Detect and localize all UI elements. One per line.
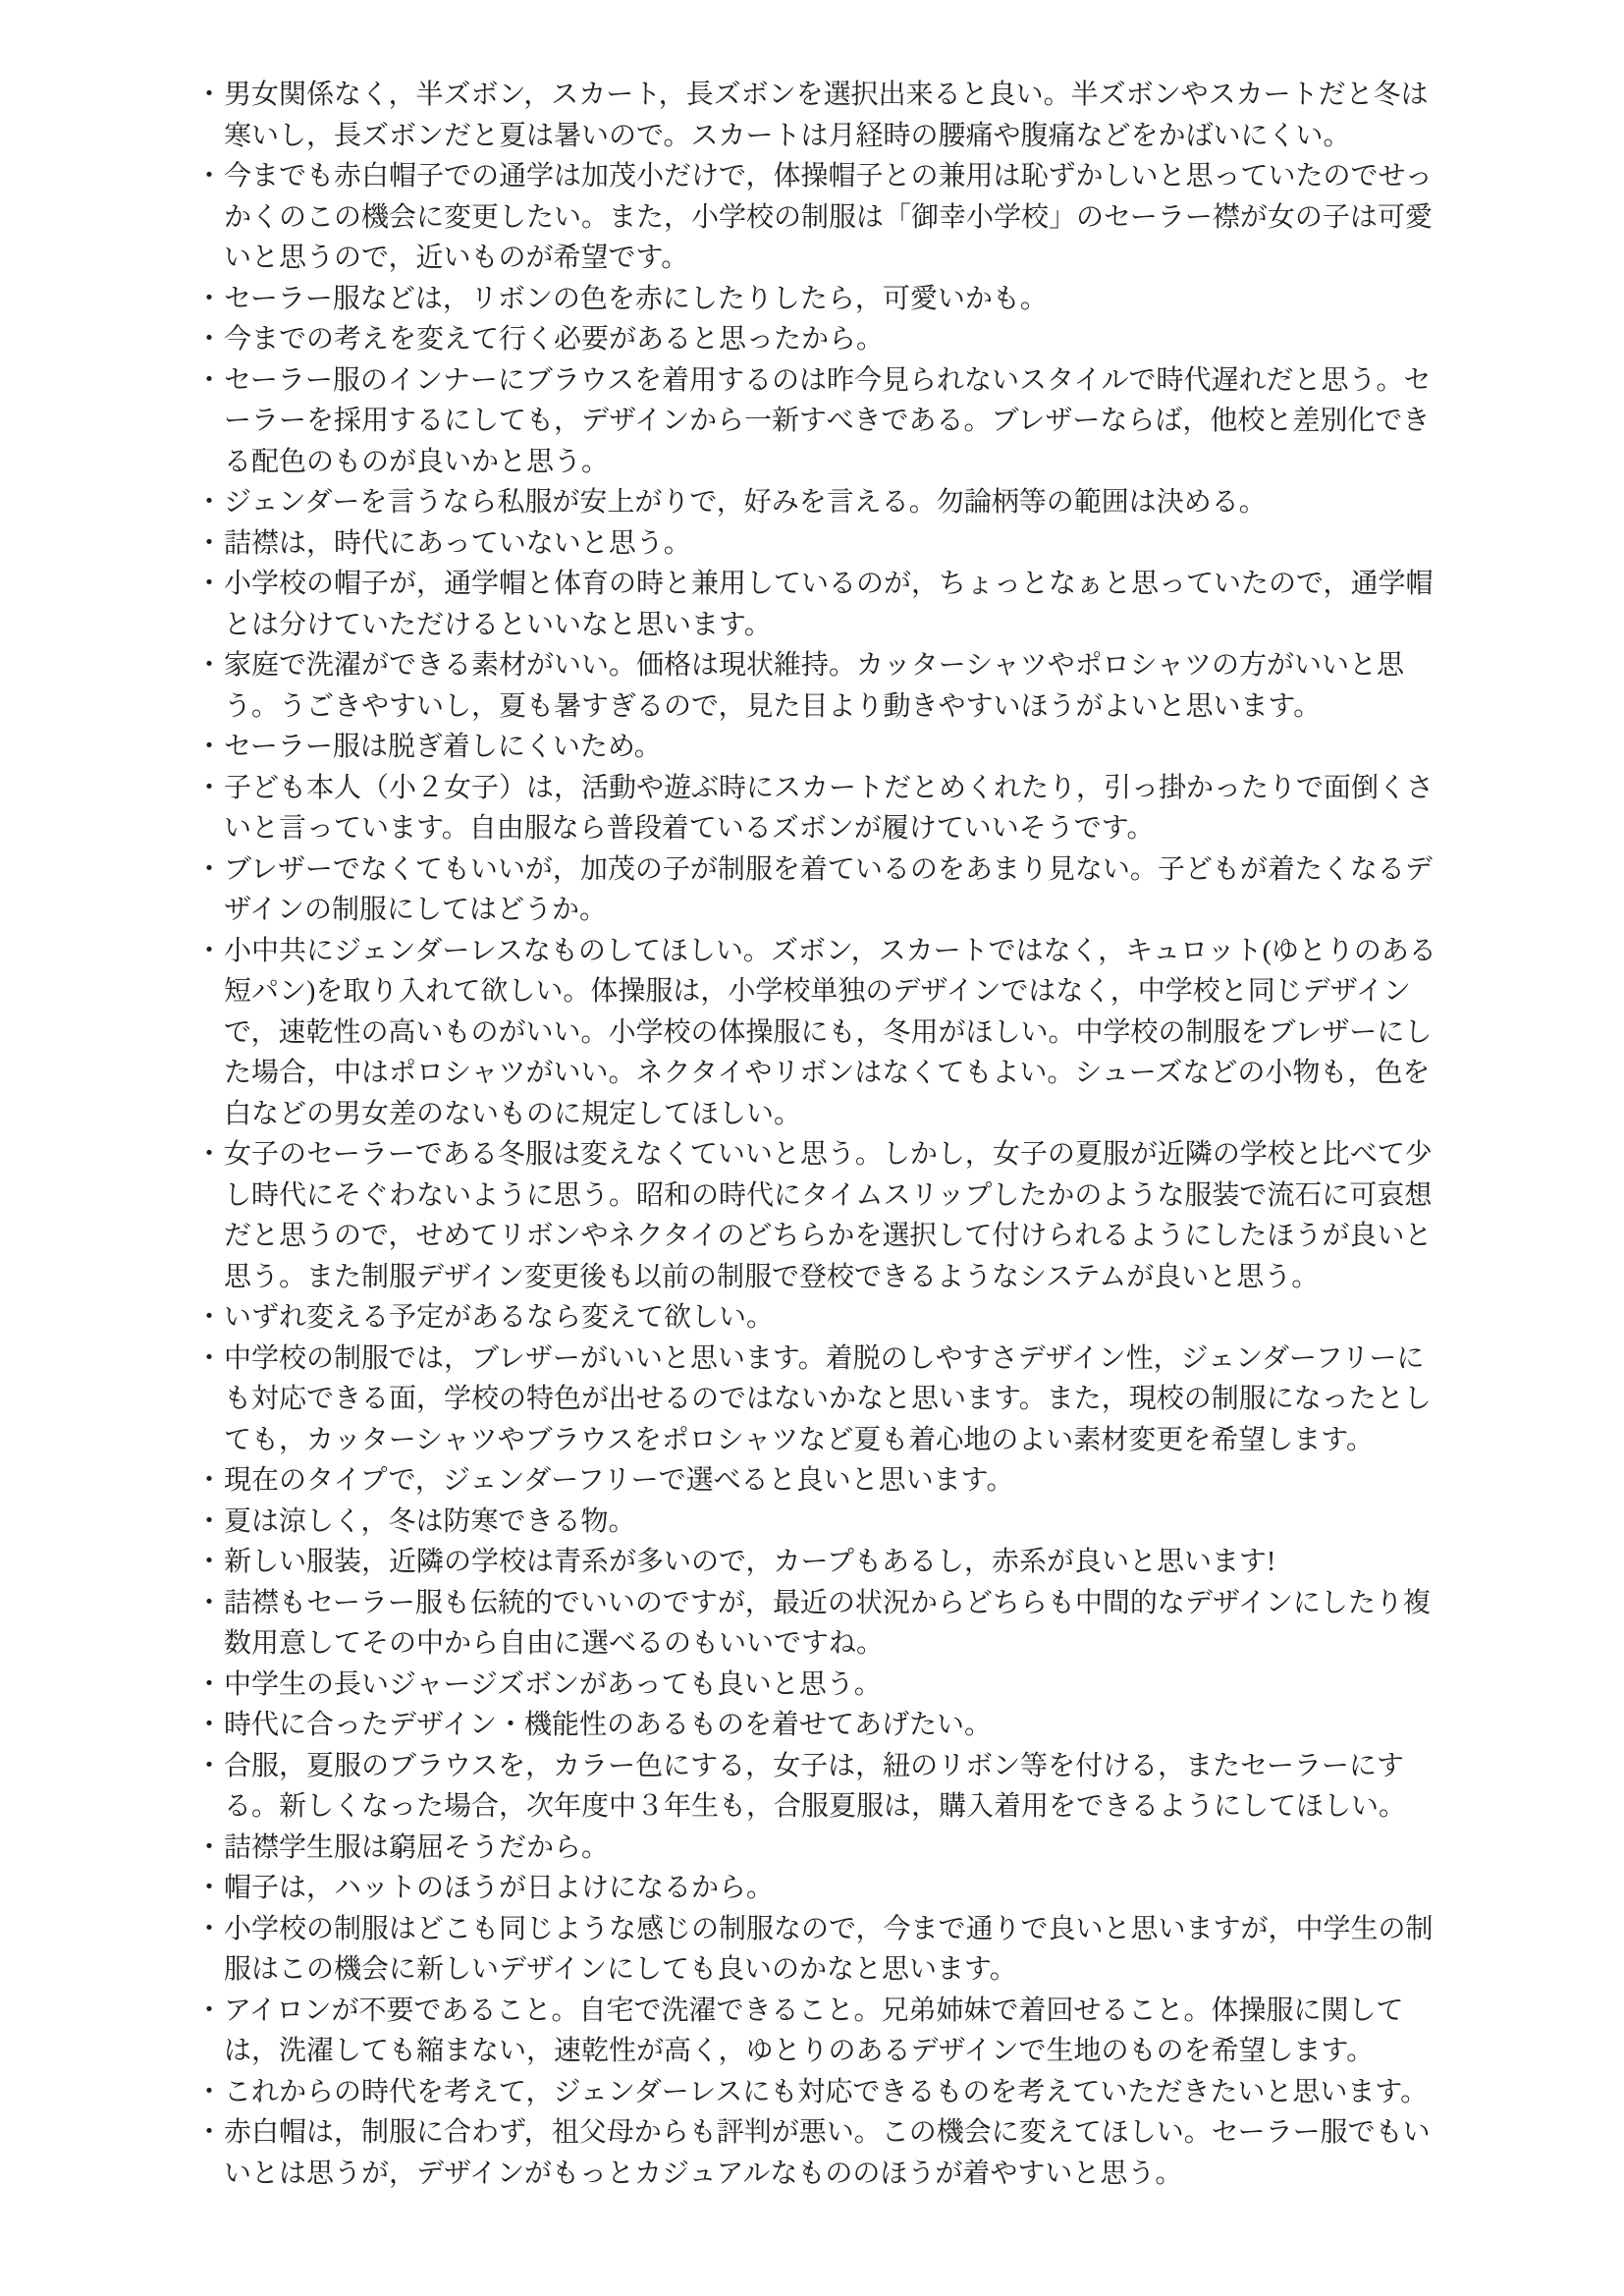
bullet-marker: ・ [195, 849, 223, 891]
list-item-text: セーラー服は脱ぎ着しにくいため。 [224, 732, 662, 762]
list-item: ・家庭で洗濯ができる素材がいい。価格は現状維持。カッターシャツやポロシャツの方が… [224, 645, 1437, 727]
bullet-marker: ・ [195, 75, 223, 116]
list-item-text: 夏は涼しく，冬は防寒できる物。 [224, 1506, 635, 1537]
list-item-text: セーラー服のインナーにブラウスを着用するのは昨今見られないスタイルで時代遅れだと… [224, 365, 1432, 477]
bullet-marker: ・ [195, 2072, 223, 2113]
document-page: ・男女関係なく，半ズボン，スカート，長ズボンを選択出来ると良い。半ズボンやスカー… [0, 0, 1624, 2296]
list-item-text: アイロンが不要であること。自宅で洗濯できること。兄弟姉妹で着回せること。体操服に… [224, 1995, 1404, 2067]
list-item-text: 詰襟学生服は窮屈そうだから。 [224, 1832, 609, 1863]
bullet-marker: ・ [195, 1134, 223, 1175]
list-item-text: ジェンダーを言うなら私服が安上がりで，好みを言える。勿論柄等の範囲は決める。 [224, 487, 1267, 518]
list-item: ・今までの考えを変えて行く必要があると思ったから。 [224, 319, 1437, 360]
list-item-text: 中学校の制服では，ブレザーがいいと思います。着脱のしやすさデザイン性，ジェンダー… [224, 1343, 1432, 1455]
list-item: ・セーラー服などは，リボンの色を赤にしたりしたら，可愛いかも。 [224, 279, 1437, 320]
list-item: ・小中共にジェンダーレスなものしてほしい。ズボン，スカートではなく，キュロット(… [224, 931, 1437, 1135]
bullet-marker: ・ [195, 768, 223, 809]
list-item: ・時代に合ったデザイン・機能性のあるものを着せてあげたい。 [224, 1705, 1437, 1746]
list-item-text: 今までも赤白帽子での通学は加茂小だけで，体操帽子との兼用は恥ずかしいと思っていた… [224, 161, 1433, 273]
bullet-marker: ・ [195, 1542, 223, 1583]
list-item: ・セーラー服のインナーにブラウスを着用するのは昨今見られないスタイルで時代遅れだ… [224, 360, 1437, 483]
list-item: ・中学生の長いジャージズボンがあっても良いと思う。 [224, 1665, 1437, 1706]
list-item-text: 現在のタイプで，ジェンダーフリーで選べると良いと思います。 [224, 1465, 1013, 1496]
list-item-text: 小中共にジェンダーレスなものしてほしい。ズボン，スカートではなく，キュロット(ゆ… [224, 936, 1436, 1129]
bullet-marker: ・ [195, 1909, 223, 1950]
bullet-marker: ・ [195, 1460, 223, 1502]
list-item-text: 時代に合ったデザイン・機能性のあるものを着せてあげたい。 [224, 1710, 992, 1740]
bullet-marker: ・ [195, 1868, 223, 1909]
list-item-text: 女子のセーラーである冬服は変えなくていいと思う。しかし，女子の夏服が近隣の学校と… [224, 1139, 1433, 1292]
list-item: ・ジェンダーを言うなら私服が安上がりで，好みを言える。勿論柄等の範囲は決める。 [224, 482, 1437, 523]
list-item-text: 詰襟は，時代にあっていないと思う。 [224, 528, 691, 559]
list-item-text: ブレザーでなくてもいいが，加茂の子が制服を着ているのをあまり見ない。子どもが着た… [224, 854, 1433, 926]
bullet-marker: ・ [195, 564, 223, 605]
list-item: ・現在のタイプで，ジェンダーフリーで選べると良いと思います。 [224, 1460, 1437, 1502]
bullet-marker: ・ [195, 2112, 223, 2154]
bullet-marker: ・ [195, 360, 223, 402]
list-item: ・セーラー服は脱ぎ着しにくいため。 [224, 727, 1437, 768]
list-item-text: これからの時代を考えて，ジェンダーレスにも対応できるものを考えていただきたいと思… [224, 2077, 1428, 2107]
bullet-marker: ・ [195, 319, 223, 360]
list-item-text: 子ども本人（小２女子）は，活動や遊ぶ時にスカートだとめくれたり，引っ掛かったりで… [224, 773, 1434, 845]
bullet-marker: ・ [195, 156, 223, 197]
list-item: ・いずれ変える予定があるなら変えて欲しい。 [224, 1297, 1437, 1339]
list-item: ・今までも赤白帽子での通学は加茂小だけで，体操帽子との兼用は恥ずかしいと思ってい… [224, 156, 1437, 279]
list-item: ・ブレザーでなくてもいいが，加茂の子が制服を着ているのをあまり見ない。子どもが着… [224, 849, 1437, 931]
bullet-marker: ・ [195, 727, 223, 768]
list-item: ・詰襟もセーラー服も伝統的でいいのですが，最近の状況からどちらも中間的なデザイン… [224, 1583, 1437, 1665]
list-item: ・子ども本人（小２女子）は，活動や遊ぶ時にスカートだとめくれたり，引っ掛かったり… [224, 768, 1437, 849]
list-item: ・詰襟学生服は窮屈そうだから。 [224, 1828, 1437, 1869]
list-item: ・女子のセーラーである冬服は変えなくていいと思う。しかし，女子の夏服が近隣の学校… [224, 1134, 1437, 1297]
list-item-text: 今までの考えを変えて行く必要があると思ったから。 [224, 324, 884, 355]
bullet-marker: ・ [195, 1297, 223, 1339]
bullet-marker: ・ [195, 279, 223, 320]
bullet-marker: ・ [195, 1746, 223, 1787]
list-item-text: セーラー服などは，リボンの色を赤にしたりしたら，可愛いかも。 [224, 284, 1048, 314]
list-item-text: 小学校の帽子が，通学帽と体育の時と兼用しているのが，ちょっとなぁと思っていたので… [224, 569, 1433, 640]
list-item-text: 赤白帽は，制服に合わず，祖父母からも評判が悪い。この機会に変えてほしい。セーラー… [224, 2117, 1431, 2189]
list-item-text: いずれ変える予定があるなら変えて欲しい。 [224, 1302, 774, 1333]
list-item-text: 中学生の長いジャージズボンがあっても良いと思う。 [224, 1669, 882, 1700]
list-item: ・赤白帽は，制服に合わず，祖父母からも評判が悪い。この機会に変えてほしい。セーラ… [224, 2112, 1437, 2194]
list-item: ・夏は涼しく，冬は防寒できる物。 [224, 1502, 1437, 1543]
bullet-list: ・男女関係なく，半ズボン，スカート，長ズボンを選択出来ると良い。半ズボンやスカー… [0, 0, 1624, 2194]
list-item-text: 新しい服装，近隣の学校は青系が多いので，カープもあるし，赤系が良いと思います! [224, 1547, 1275, 1577]
bullet-marker: ・ [195, 482, 223, 523]
bullet-marker: ・ [195, 1339, 223, 1380]
bullet-marker: ・ [195, 1705, 223, 1746]
list-item-text: 家庭で洗濯ができる素材がいい。価格は現状維持。カッターシャツやポロシャツの方がい… [224, 650, 1404, 722]
list-item-text: 帽子は，ハットのほうが日よけになるから。 [224, 1873, 774, 1903]
bullet-marker: ・ [195, 645, 223, 686]
list-item: ・新しい服装，近隣の学校は青系が多いので，カープもあるし，赤系が良いと思います! [224, 1542, 1437, 1583]
bullet-marker: ・ [195, 1828, 223, 1869]
list-item: ・男女関係なく，半ズボン，スカート，長ズボンを選択出来ると良い。半ズボンやスカー… [224, 75, 1437, 156]
list-item: ・小学校の制服はどこも同じような感じの制服なので，今まで通りで良いと思いますが，… [224, 1909, 1437, 1991]
bullet-marker: ・ [195, 1502, 223, 1543]
bullet-marker: ・ [195, 1665, 223, 1706]
list-item: ・アイロンが不要であること。自宅で洗濯できること。兄弟姉妹で着回せること。体操服… [224, 1991, 1437, 2072]
list-item: ・これからの時代を考えて，ジェンダーレスにも対応できるものを考えていただきたいと… [224, 2072, 1437, 2113]
list-item: ・詰襟は，時代にあっていないと思う。 [224, 523, 1437, 565]
list-item-text: 男女関係なく，半ズボン，スカート，長ズボンを選択出来ると良い。半ズボンやスカート… [224, 80, 1429, 151]
bullet-marker: ・ [195, 523, 223, 565]
bullet-marker: ・ [195, 931, 223, 972]
list-item: ・小学校の帽子が，通学帽と体育の時と兼用しているのが，ちょっとなぁと思っていたの… [224, 564, 1437, 645]
list-item-text: 小学校の制服はどこも同じような感じの制服なので，今まで通りで良いと思いますが，中… [224, 1914, 1433, 1986]
bullet-marker: ・ [195, 1991, 223, 2032]
list-item: ・中学校の制服では，ブレザーがいいと思います。着脱のしやすさデザイン性，ジェンダ… [224, 1339, 1437, 1461]
list-item: ・帽子は，ハットのほうが日よけになるから。 [224, 1868, 1437, 1909]
bullet-marker: ・ [195, 1583, 223, 1624]
list-item: ・合服，夏服のブラウスを，カラー色にする，女子は，紐のリボン等を付ける，またセー… [224, 1746, 1437, 1828]
list-item-text: 詰襟もセーラー服も伝統的でいいのですが，最近の状況からどちらも中間的なデザインに… [224, 1588, 1431, 1660]
list-item-text: 合服，夏服のブラウスを，カラー色にする，女子は，紐のリボン等を付ける，またセーラ… [224, 1751, 1406, 1823]
